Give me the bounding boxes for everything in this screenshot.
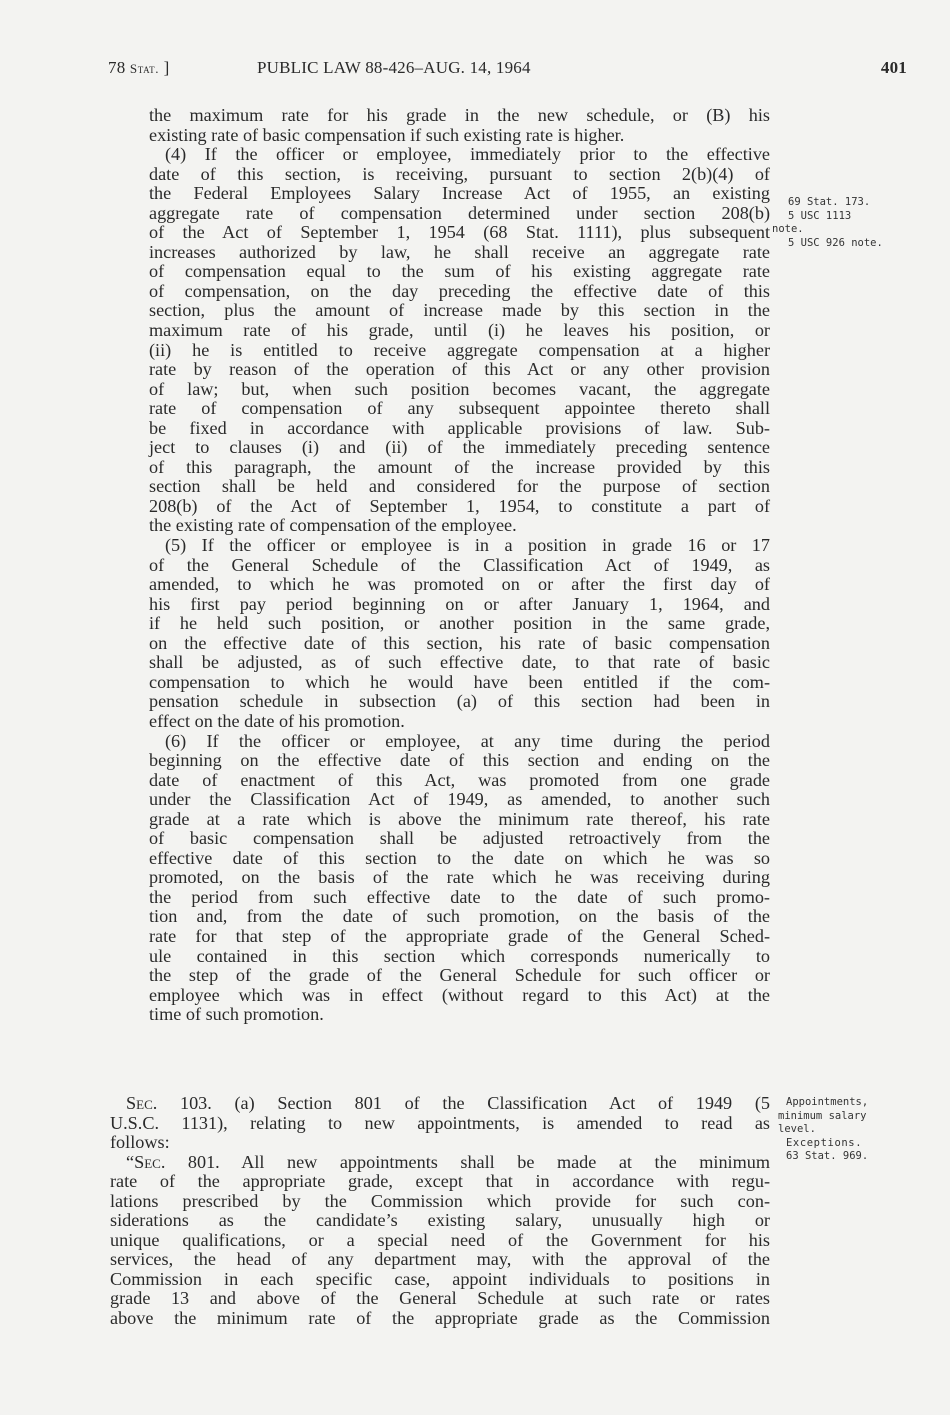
text-line: effect on the date of his promotion. <box>149 712 770 732</box>
text-line: (4) If the officer or employee, immediat… <box>149 145 770 165</box>
running-header: 78 Stat. ] PUBLIC LAW 88-426–AUG. 14, 19… <box>108 58 908 82</box>
text-line: effective date of this section to the da… <box>149 849 770 869</box>
text-line: section, plus the amount of increase mad… <box>149 301 770 321</box>
text-line: U.S.C. 1131), relating to new appointmen… <box>110 1114 770 1134</box>
body-text-lower: Sec. 103. (a) Section 801 of the Classif… <box>110 1094 770 1329</box>
text-line: of the Act of September 1, 1954 (68 Stat… <box>149 223 770 243</box>
document-page: 78 Stat. ] PUBLIC LAW 88-426–AUG. 14, 19… <box>0 0 950 1415</box>
text-line: aggregate rate of compensation determine… <box>149 204 770 224</box>
text-line: maximum rate of his grade, until (i) he … <box>149 321 770 341</box>
text-line: grade 13 and above of the General Schedu… <box>110 1289 770 1309</box>
text-line: date of this section, is receiving, purs… <box>149 165 770 185</box>
text-line: of this paragraph, the amount of the inc… <box>149 458 770 478</box>
text-line: (ii) he is entitled to receive aggregate… <box>149 341 770 361</box>
text-line: grade at a rate which is above the minim… <box>149 810 770 830</box>
text-line: amended, to which he was promoted on or … <box>149 575 770 595</box>
text-line: “Sec. 801. All new appointments shall be… <box>110 1153 770 1173</box>
text-line: if he held such position, or another pos… <box>149 614 770 634</box>
text-line: of compensation, on the day preceding th… <box>149 282 770 302</box>
text-line: employee which was in effect (without re… <box>149 986 770 1006</box>
text-line: time of such promotion. <box>149 1005 770 1025</box>
text-line: siderations as the candidate’s existing … <box>110 1211 770 1231</box>
text-line: above the minimum rate of the appropriat… <box>110 1309 770 1329</box>
text-line: rate by reason of the operation of this … <box>149 360 770 380</box>
text-line: the maximum rate for his grade in the ne… <box>149 106 770 126</box>
text-line: (5) If the officer or employee is in a p… <box>149 536 770 556</box>
body-text-upper: the maximum rate for his grade in the ne… <box>149 106 770 1025</box>
text-line: existing rate of basic compensation if s… <box>149 126 770 146</box>
text-line: lations prescribed by the Commission whi… <box>110 1192 770 1212</box>
text-line: the existing rate of compensation of the… <box>149 516 770 536</box>
text-line: under the Classification Act of 1949, as… <box>149 790 770 810</box>
text-line: of the General Schedule of the Classific… <box>149 556 770 576</box>
text-line: shall be adjusted, as of such effective … <box>149 653 770 673</box>
text-line: of compensation equal to the sum of his … <box>149 262 770 282</box>
margin-note-citations: 69 Stat. 173. 5 USC 1113 note. 5 USC 926… <box>782 196 883 250</box>
text-line: section shall be held and considered for… <box>149 477 770 497</box>
page-number: 401 <box>881 58 907 78</box>
text-line: be fixed in accordance with applicable p… <box>149 419 770 439</box>
text-line: tion and, from the date of such promotio… <box>149 907 770 927</box>
text-line: unique qualifications, or a special need… <box>110 1231 770 1251</box>
text-line: of basic compensation shall be adjusted … <box>149 829 770 849</box>
text-line: compensation to which he would have been… <box>149 673 770 693</box>
text-line: pensation schedule in subsection (a) of … <box>149 692 770 712</box>
text-line: rate for that step of the appropriate gr… <box>149 927 770 947</box>
text-line: promoted, on the basis of the rate which… <box>149 868 770 888</box>
statute-volume: 78 Stat. ] <box>108 58 169 78</box>
text-line: (6) If the officer or employee, at any t… <box>149 732 770 752</box>
text-line: his first pay period beginning on or aft… <box>149 595 770 615</box>
text-line: beginning on the effective date of this … <box>149 751 770 771</box>
text-line: increases authorized by law, he shall re… <box>149 243 770 263</box>
text-line: services, the head of any department may… <box>110 1250 770 1270</box>
text-line: follows: <box>110 1133 770 1153</box>
text-line: the step of the grade of the General Sch… <box>149 966 770 986</box>
text-line: ule contained in this section which corr… <box>149 947 770 967</box>
law-title: PUBLIC LAW 88-426–AUG. 14, 1964 <box>257 58 531 78</box>
margin-note-appointments: Appointments, minimum salary level. Exce… <box>778 1096 868 1164</box>
text-line: 208(b) of the Act of September 1, 1954, … <box>149 497 770 517</box>
text-line: of law; but, when such position becomes … <box>149 380 770 400</box>
text-line: Commission in each specific case, appoin… <box>110 1270 770 1290</box>
text-line: the period from such effective date to t… <box>149 888 770 908</box>
text-line: the Federal Employees Salary Increase Ac… <box>149 184 770 204</box>
text-line: ject to clauses (i) and (ii) of the imme… <box>149 438 770 458</box>
text-line: Sec. 103. (a) Section 801 of the Classif… <box>110 1094 770 1114</box>
text-line: rate of the appropriate grade, except th… <box>110 1172 770 1192</box>
text-line: on the effective date of this section, h… <box>149 634 770 654</box>
text-line: date of enactment of this Act, was promo… <box>149 771 770 791</box>
text-line: rate of compensation of any subsequent a… <box>149 399 770 419</box>
